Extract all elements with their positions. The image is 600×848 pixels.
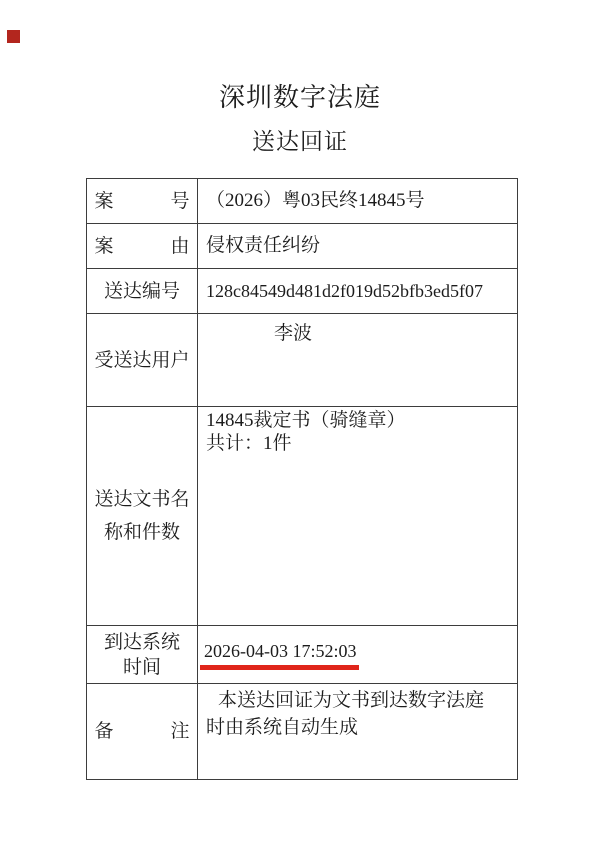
red-stamp-marker: [7, 30, 20, 43]
delivery-number-label: 送达编号: [87, 269, 198, 313]
document-name-count-value: 14845裁定书（骑缝章） 共计：1件: [198, 407, 517, 625]
table-row-remarks: 备 注 本送达回证为文书到达数字法庭 时由系统自动生成: [87, 683, 517, 779]
document-name-count-label: 送达文书名 称和件数: [87, 407, 198, 625]
arrival-timestamp-underlined: 2026-04-03 17:52:03: [200, 639, 359, 670]
system-arrival-time-value: 2026-04-03 17:52:03: [198, 626, 517, 683]
case-number-value: （2026）粤03民终14845号: [198, 179, 517, 223]
cause-of-action-value: 侵权责任纠纷: [198, 224, 517, 268]
page-subtitle: 送达回证: [0, 129, 600, 154]
recipient-user-value: 李波: [198, 314, 517, 406]
remarks-label: 备 注: [87, 684, 198, 779]
table-row-case-number: 案 号 （2026）粤03民终14845号: [87, 179, 517, 223]
cause-of-action-label: 案 由: [87, 224, 198, 268]
table-row-delivery-number: 送达编号 128c84549d481d2f019d52bfb3ed5f07: [87, 268, 517, 313]
table-row-system-arrival-time: 到达系统 时间 2026-04-03 17:52:03: [87, 625, 517, 683]
table-row-document-name-count: 送达文书名 称和件数 14845裁定书（骑缝章） 共计：1件: [87, 406, 517, 625]
case-number-label: 案 号: [87, 179, 198, 223]
remarks-value: 本送达回证为文书到达数字法庭 时由系统自动生成: [198, 684, 517, 779]
table-row-cause-of-action: 案 由 侵权责任纠纷: [87, 223, 517, 268]
page-title: 深圳数字法庭: [0, 83, 600, 113]
delivery-number-value: 128c84549d481d2f019d52bfb3ed5f07: [198, 269, 517, 313]
recipient-user-label: 受送达用户: [87, 314, 198, 406]
table-row-recipient-user: 受送达用户 李波: [87, 313, 517, 406]
receipt-table: 案 号 （2026）粤03民终14845号 案 由 侵权责任纠纷 送达编号 12…: [86, 178, 518, 780]
system-arrival-time-label: 到达系统 时间: [87, 626, 198, 683]
